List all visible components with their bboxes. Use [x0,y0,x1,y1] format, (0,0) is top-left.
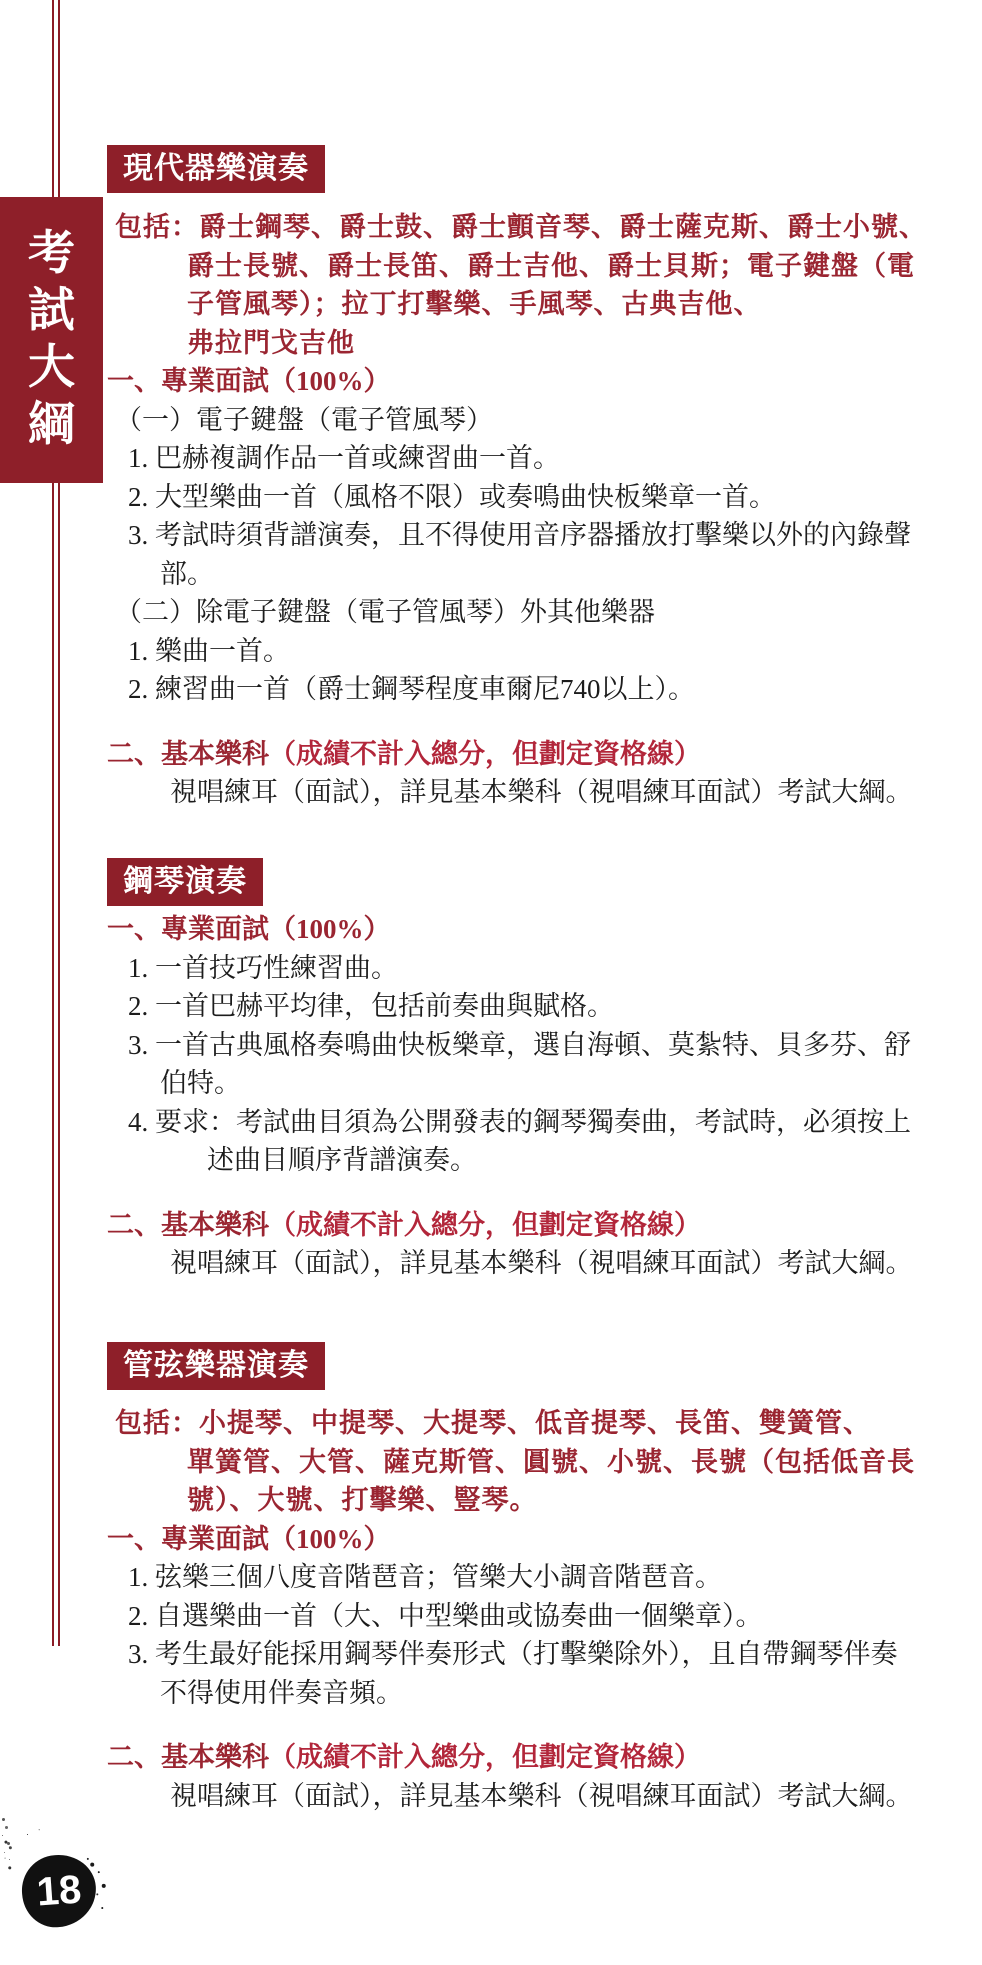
text-segment: 號）、大號、打擊樂、豎琴。 [187,1485,538,1515]
text-segment: 2. 練習曲一首（爵士鋼琴程度車爾尼740以上）。 [128,674,695,704]
text-line: 二、基本樂科（成績不計入總分，但劃定資格線） [107,735,917,774]
text-segment: 包括：爵士鋼琴、爵士鼓、爵士顫音琴、爵士薩克斯、爵士小號、 [115,212,927,242]
text-line: 號）、大號、打擊樂、豎琴。 [107,1481,917,1520]
text-segment: 二、基本樂科 [107,1742,269,1772]
text-line: 弗拉門戈吉他 [107,324,917,363]
section-piano-performance: 鋼琴演奏 一、專業面試（100%）1. 一首技巧性練習曲。2. 一首巴赫平均律，… [107,858,917,1283]
text-line: 單簧管、大管、薩克斯管、圓號、小號、長號（包括低音長 [107,1443,917,1482]
text-segment: 一、專業面試（100%） [107,914,391,944]
text-line: 包括：小提琴、中提琴、大提琴、低音提琴、長笛、雙簧管、 [107,1404,917,1443]
text-line: （二）除電子鍵盤（電子管風琴）外其他樂器 [107,593,917,632]
text-segment: 3. 一首古典風格奏鳴曲快板樂章，選自海頓、莫紮特、貝多芬、舒 [128,1030,911,1060]
section-body: 包括：小提琴、中提琴、大提琴、低音提琴、長笛、雙簧管、單簧管、大管、薩克斯管、圓… [107,1404,917,1815]
text-segment: 一、專業面試（100%） [107,366,391,396]
text-line: 部。 [107,555,917,594]
section-header-badge: 現代器樂演奏 [107,145,325,193]
text-segment: 包括：小提琴、中提琴、大提琴、低音提琴、長笛、雙簧管、 [115,1408,871,1438]
text-segment: 視唱練耳（面試），詳見基本樂科（視唱練耳面試）考試大綱。 [170,1248,913,1278]
text-line: 二、基本樂科（成績不計入總分，但劃定資格線） [107,1206,917,1245]
sidebar-tab-exam-outline: 考 試 大 綱 [0,197,103,483]
ink-speckles [2,1818,5,1821]
section-header-badge: 管弦樂器演奏 [107,1342,325,1390]
text-segment: 弗拉門戈吉他 [187,328,355,358]
text-segment: 1. 樂曲一首。 [128,636,290,666]
text-segment: 3. 考生最好能採用鋼琴伴奏形式（打擊樂除外），且自帶鋼琴伴奏 [128,1639,898,1669]
text-line: 3. 考試時須背譜演奏，且不得使用音序器播放打擊樂以外的內錄聲 [107,516,917,555]
text-line: 二、基本樂科（成績不計入總分，但劃定資格線） [107,1738,917,1777]
text-segment: 述曲目順序背譜演奏。 [207,1145,477,1175]
text-line: 一、專業面試（100%） [107,910,917,949]
text-line: 2. 練習曲一首（爵士鋼琴程度車爾尼740以上）。 [107,670,917,709]
text-segment: 不得使用伴奏音頻。 [160,1678,403,1708]
sidebar-char: 考 [28,226,75,283]
text-segment: 伯特。 [160,1068,241,1098]
text-segment: （二）除電子鍵盤（電子管風琴）外其他樂器 [115,597,655,627]
text-line: 3. 考生最好能採用鋼琴伴奏形式（打擊樂除外），且自帶鋼琴伴奏 [107,1635,917,1674]
text-segment: 二、基本樂科 [107,1210,269,1240]
text-segment: 視唱練耳（面試），詳見基本樂科（視唱練耳面試）考試大綱。 [170,1781,913,1811]
text-segment: 2. 一首巴赫平均律，包括前奏曲與賦格。 [128,991,614,1021]
text-segment: 4. 要求：考試曲目須為公開發表的鋼琴獨奏曲，考試時，必須按上 [128,1107,911,1137]
page-number-badge: 18 [20,1853,99,1930]
text-segment: 部。 [160,559,214,589]
page-number: 18 [35,1867,83,1915]
text-segment: （成績不計入總分，但劃定資格線） [269,739,701,769]
text-line: 視唱練耳（面試），詳見基本樂科（視唱練耳面試）考試大綱。 [107,773,917,812]
text-segment: 視唱練耳（面試），詳見基本樂科（視唱練耳面試）考試大綱。 [170,777,913,807]
text-segment: 爵士長號、爵士長笛、爵士吉他、爵士貝斯；電子鍵盤（電 [187,251,915,281]
text-line: 不得使用伴奏音頻。 [107,1674,917,1713]
text-segment: 一、專業面試（100%） [107,1524,391,1554]
text-line: 1. 巴赫複調作品一首或練習曲一首。 [107,439,917,478]
text-line: 1. 樂曲一首。 [107,632,917,671]
text-line: 2. 自選樂曲一首（大、中型樂曲或協奏曲一個樂章）。 [107,1597,917,1636]
text-segment: 1. 弦樂三個八度音階琶音；管樂大小調音階琶音。 [128,1562,722,1592]
text-line: 爵士長號、爵士長笛、爵士吉他、爵士貝斯；電子鍵盤（電 [107,247,917,286]
text-segment: （成績不計入總分，但劃定資格線） [269,1742,701,1772]
text-line: 3. 一首古典風格奏鳴曲快板樂章，選自海頓、莫紮特、貝多芬、舒 [107,1026,917,1065]
text-line: 一、專業面試（100%） [107,1520,917,1559]
section-body: 一、專業面試（100%）1. 一首技巧性練習曲。2. 一首巴赫平均律，包括前奏曲… [107,910,917,1283]
text-line: 1. 弦樂三個八度音階琶音；管樂大小調音階琶音。 [107,1558,917,1597]
text-line: 一、專業面試（100%） [107,362,917,401]
text-line: 伯特。 [107,1064,917,1103]
text-line: 視唱練耳（面試），詳見基本樂科（視唱練耳面試）考試大綱。 [107,1777,917,1816]
text-line: 視唱練耳（面試），詳見基本樂科（視唱練耳面試）考試大綱。 [107,1244,917,1283]
section-body: 包括：爵士鋼琴、爵士鼓、爵士顫音琴、爵士薩克斯、爵士小號、爵士長號、爵士長笛、爵… [107,208,917,812]
sidebar-char: 綱 [28,397,75,454]
sidebar-char: 試 [28,283,75,340]
section-header-badge: 鋼琴演奏 [107,858,263,906]
text-segment: 3. 考試時須背譜演奏，且不得使用音序器播放打擊樂以外的內錄聲 [128,520,911,550]
text-segment: 二、基本樂科 [107,739,269,769]
section-orchestral-instruments: 管弦樂器演奏 包括：小提琴、中提琴、大提琴、低音提琴、長笛、雙簧管、單簧管、大管… [107,1342,917,1815]
section-modern-instruments: 現代器樂演奏 包括：爵士鋼琴、爵士鼓、爵士顫音琴、爵士薩克斯、爵士小號、爵士長號… [107,145,917,812]
text-line: 述曲目順序背譜演奏。 [107,1141,917,1180]
sidebar-char: 大 [28,340,75,397]
text-line: 2. 大型樂曲一首（風格不限）或奏鳴曲快板樂章一首。 [107,478,917,517]
text-segment: 2. 大型樂曲一首（風格不限）或奏鳴曲快板樂章一首。 [128,482,776,512]
text-line: 1. 一首技巧性練習曲。 [107,949,917,988]
text-segment: 單簧管、大管、薩克斯管、圓號、小號、長號（包括低音長 [187,1447,915,1477]
text-segment: （成績不計入總分，但劃定資格線） [269,1210,701,1240]
text-line: 4. 要求：考試曲目須為公開發表的鋼琴獨奏曲，考試時，必須按上 [107,1103,917,1142]
text-line: 2. 一首巴赫平均律，包括前奏曲與賦格。 [107,987,917,1026]
text-line: （一）電子鍵盤（電子管風琴） [107,401,917,440]
text-segment: （一）電子鍵盤（電子管風琴） [115,405,493,435]
text-segment: 1. 一首技巧性練習曲。 [128,953,398,983]
text-line: 子管風琴）；拉丁打擊樂、手風琴、古典吉他、 [107,285,917,324]
text-segment: 子管風琴）；拉丁打擊樂、手風琴、古典吉他、 [187,289,762,319]
text-line: 包括：爵士鋼琴、爵士鼓、爵士顫音琴、爵士薩克斯、爵士小號、 [107,208,917,247]
text-segment: 2. 自選樂曲一首（大、中型樂曲或協奏曲一個樂章）。 [128,1601,763,1631]
document-page: { "page": { "number": "18" }, "sidebar":… [0,0,982,1965]
text-segment: 1. 巴赫複調作品一首或練習曲一首。 [128,443,560,473]
